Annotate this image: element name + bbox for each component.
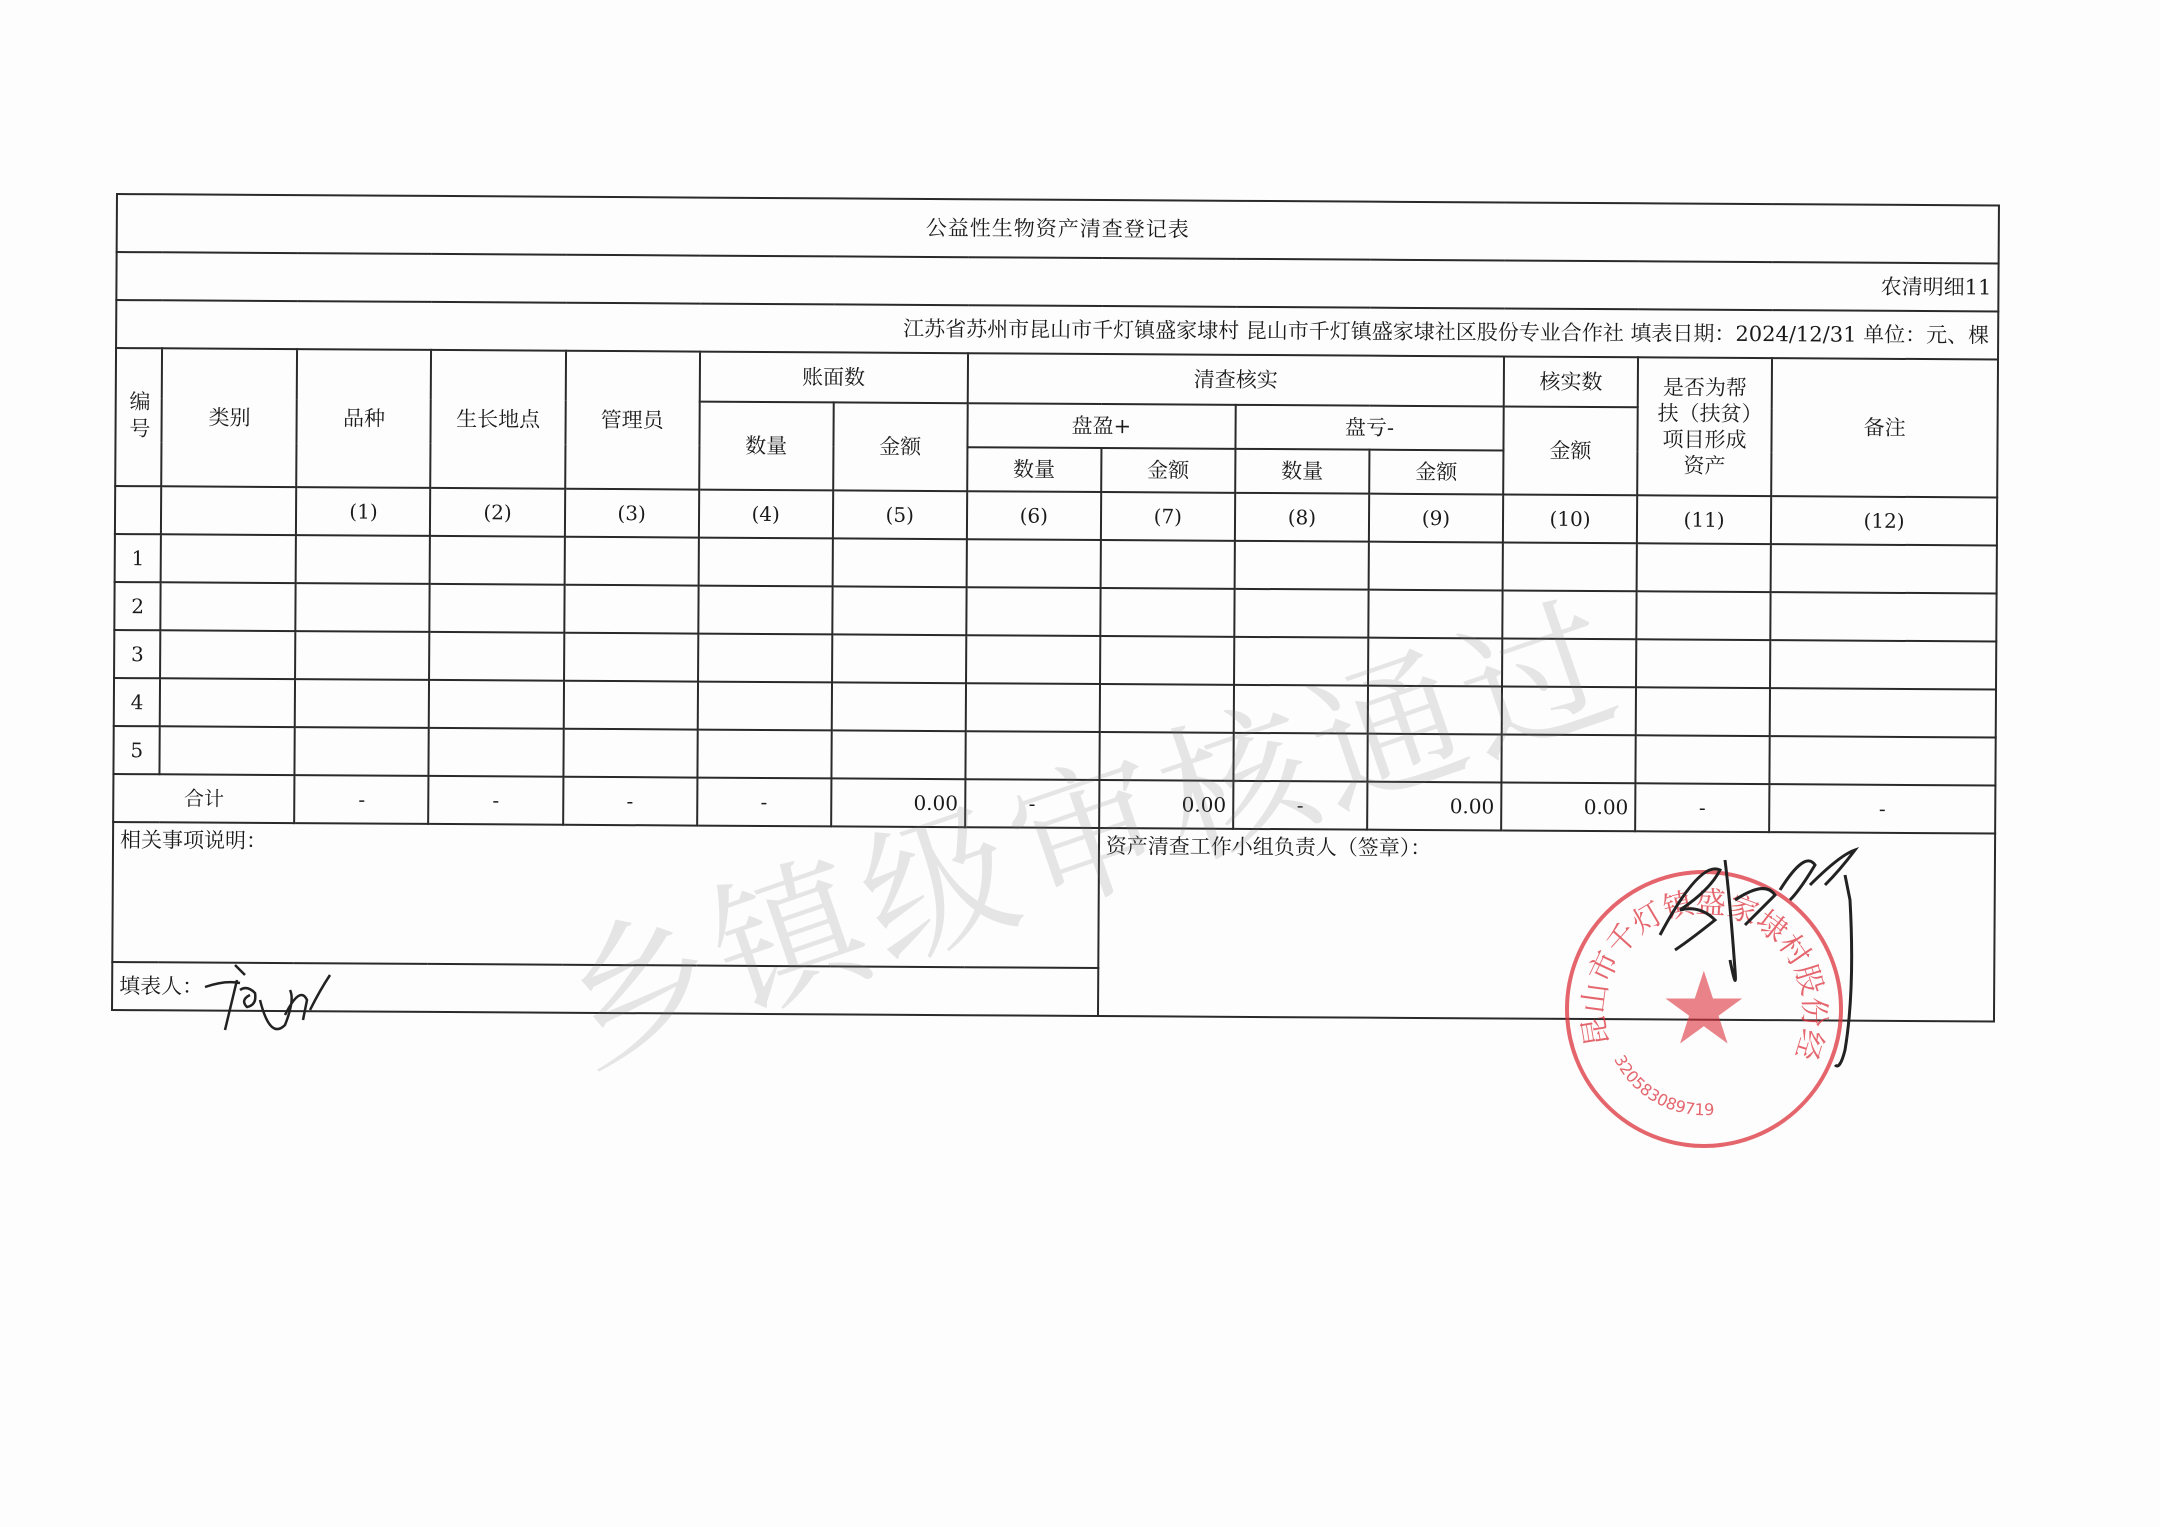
asset-register-form: 公益性生物资产清查登记表 农清明细11 江苏省苏州市昆山市千灯镇盛家埭村 昆山市… xyxy=(111,193,2000,1022)
col-num: (8) xyxy=(1235,493,1369,542)
cell[interactable] xyxy=(160,726,295,775)
cell[interactable] xyxy=(295,727,429,776)
cell[interactable] xyxy=(563,729,697,778)
col-num: (2) xyxy=(430,488,564,537)
cell[interactable] xyxy=(1234,541,1368,590)
header-poverty: 是否为帮扶（扶贫）项目形成资产 xyxy=(1637,357,1772,496)
total-verified-amt: 0.00 xyxy=(1501,782,1635,831)
header-book-amt: 金额 xyxy=(833,402,968,491)
col-num: (12) xyxy=(1771,496,1997,545)
total-surplus-qty: - xyxy=(965,779,1099,828)
cell[interactable] xyxy=(429,728,563,777)
col-num xyxy=(115,486,162,534)
col-num: (4) xyxy=(699,490,833,539)
row-no: 5 xyxy=(113,726,160,774)
total-surplus-amt: 0.00 xyxy=(1099,780,1233,829)
cell[interactable] xyxy=(831,682,965,731)
header-book-qty: 数量 xyxy=(699,402,834,491)
col-num: (11) xyxy=(1637,495,1771,544)
totals-label: 合计 xyxy=(113,774,295,823)
cell[interactable] xyxy=(698,586,832,635)
cell[interactable] xyxy=(1770,688,1996,737)
cell[interactable] xyxy=(564,633,698,682)
cell[interactable] xyxy=(160,630,295,679)
cell[interactable] xyxy=(1234,685,1368,734)
cell[interactable] xyxy=(698,538,832,587)
cell[interactable] xyxy=(1099,732,1233,781)
cell[interactable] xyxy=(430,584,564,633)
cell[interactable] xyxy=(430,632,564,681)
col-num: (6) xyxy=(967,491,1101,540)
cell[interactable] xyxy=(1636,687,1770,736)
cell[interactable] xyxy=(429,680,563,729)
total-manager: - xyxy=(563,777,697,826)
col-num: (3) xyxy=(564,489,698,538)
cell[interactable] xyxy=(1501,734,1635,783)
notes-section[interactable]: 相关事项说明： xyxy=(112,822,1099,968)
total-variety: - xyxy=(295,775,429,824)
cell[interactable] xyxy=(296,535,430,584)
col-num: (7) xyxy=(1101,492,1235,541)
cell[interactable] xyxy=(1637,543,1771,592)
cell[interactable] xyxy=(1770,736,1996,785)
cell[interactable] xyxy=(1367,734,1501,783)
cell[interactable] xyxy=(698,634,832,683)
cell[interactable] xyxy=(1636,591,1770,640)
header-no: 编号 xyxy=(115,348,162,486)
cell[interactable] xyxy=(1635,735,1769,784)
header-manager: 管理员 xyxy=(565,351,700,490)
cell[interactable] xyxy=(161,582,296,631)
document-page: 公益性生物资产清查登记表 农清明细11 江苏省苏州市昆山市千灯镇盛家埭村 昆山市… xyxy=(0,0,2160,1527)
cell[interactable] xyxy=(832,586,966,635)
filler-label: 填表人： xyxy=(119,974,203,999)
cell[interactable] xyxy=(832,538,966,587)
cell[interactable] xyxy=(966,539,1100,588)
header-variety: 品种 xyxy=(297,349,432,488)
cell[interactable] xyxy=(697,730,831,779)
filler-section: 填表人： xyxy=(112,962,1098,1016)
header-surplus-qty: 数量 xyxy=(967,447,1101,492)
header-verified-amt: 金额 xyxy=(1503,406,1638,495)
notes-label: 相关事项说明： xyxy=(120,828,267,853)
col-num: (5) xyxy=(833,490,967,539)
cell[interactable] xyxy=(296,583,430,632)
row-no: 2 xyxy=(114,582,161,630)
cell[interactable] xyxy=(965,683,1099,732)
cell[interactable] xyxy=(1771,544,1997,593)
cell[interactable] xyxy=(1100,684,1234,733)
cell[interactable] xyxy=(1503,542,1637,591)
cell[interactable] xyxy=(1369,542,1503,591)
cell[interactable] xyxy=(1770,640,1996,689)
cell[interactable] xyxy=(1502,686,1636,735)
cell[interactable] xyxy=(1502,638,1636,687)
col-num xyxy=(161,486,296,535)
cell[interactable] xyxy=(160,678,295,727)
header-verified: 核实数 xyxy=(1504,356,1638,407)
cell[interactable] xyxy=(295,631,429,680)
header-loss-amt: 金额 xyxy=(1369,450,1503,495)
cell[interactable] xyxy=(1100,636,1234,685)
cell[interactable] xyxy=(1100,540,1234,589)
cell[interactable] xyxy=(430,536,564,585)
cell[interactable] xyxy=(563,681,697,730)
col-num: (1) xyxy=(296,487,430,536)
total-loss-amt: 0.00 xyxy=(1367,782,1501,831)
total-book-amt: 0.00 xyxy=(831,778,965,827)
cell[interactable] xyxy=(966,635,1100,684)
header-location: 生长地点 xyxy=(431,350,566,489)
cell[interactable] xyxy=(965,731,1099,780)
cell[interactable] xyxy=(1234,589,1368,638)
row-no: 1 xyxy=(115,534,162,582)
cell[interactable] xyxy=(1100,588,1234,637)
leader-signature-section: 资产清查工作小组负责人（签章）： xyxy=(1098,828,1995,1021)
col-num: (10) xyxy=(1503,494,1637,543)
cell[interactable] xyxy=(1368,590,1502,639)
cell[interactable] xyxy=(832,634,966,683)
cell[interactable] xyxy=(1233,733,1367,782)
header-loss-qty: 数量 xyxy=(1235,449,1369,494)
cell[interactable] xyxy=(1770,592,1996,641)
total-loss-qty: - xyxy=(1233,781,1367,830)
header-loss: 盘亏- xyxy=(1235,405,1503,451)
total-poverty: - xyxy=(1635,783,1769,832)
cell[interactable] xyxy=(1636,639,1770,688)
header-category: 类别 xyxy=(162,348,298,487)
total-remarks: - xyxy=(1769,784,1995,833)
leader-label: 资产清查工作小组负责人（签章）： xyxy=(1106,834,1432,860)
row-no: 3 xyxy=(114,630,161,678)
cell[interactable] xyxy=(564,585,698,634)
cell[interactable] xyxy=(1502,590,1636,639)
cell[interactable] xyxy=(1368,686,1502,735)
cell[interactable] xyxy=(564,537,698,586)
cell[interactable] xyxy=(697,682,831,731)
cell[interactable] xyxy=(966,587,1100,636)
cell[interactable] xyxy=(831,730,965,779)
col-num: (9) xyxy=(1369,494,1503,543)
header-book: 账面数 xyxy=(699,352,967,404)
header-surplus: 盘盈+ xyxy=(967,403,1235,449)
header-remarks: 备注 xyxy=(1771,358,1998,497)
header-check: 清查核实 xyxy=(967,353,1504,406)
cell[interactable] xyxy=(161,534,296,583)
total-book-qty: - xyxy=(697,778,831,827)
cell[interactable] xyxy=(1368,638,1502,687)
total-location: - xyxy=(429,776,563,825)
header-surplus-amt: 金额 xyxy=(1101,448,1235,493)
cell[interactable] xyxy=(1234,637,1368,686)
cell[interactable] xyxy=(295,679,429,728)
row-no: 4 xyxy=(114,678,161,726)
